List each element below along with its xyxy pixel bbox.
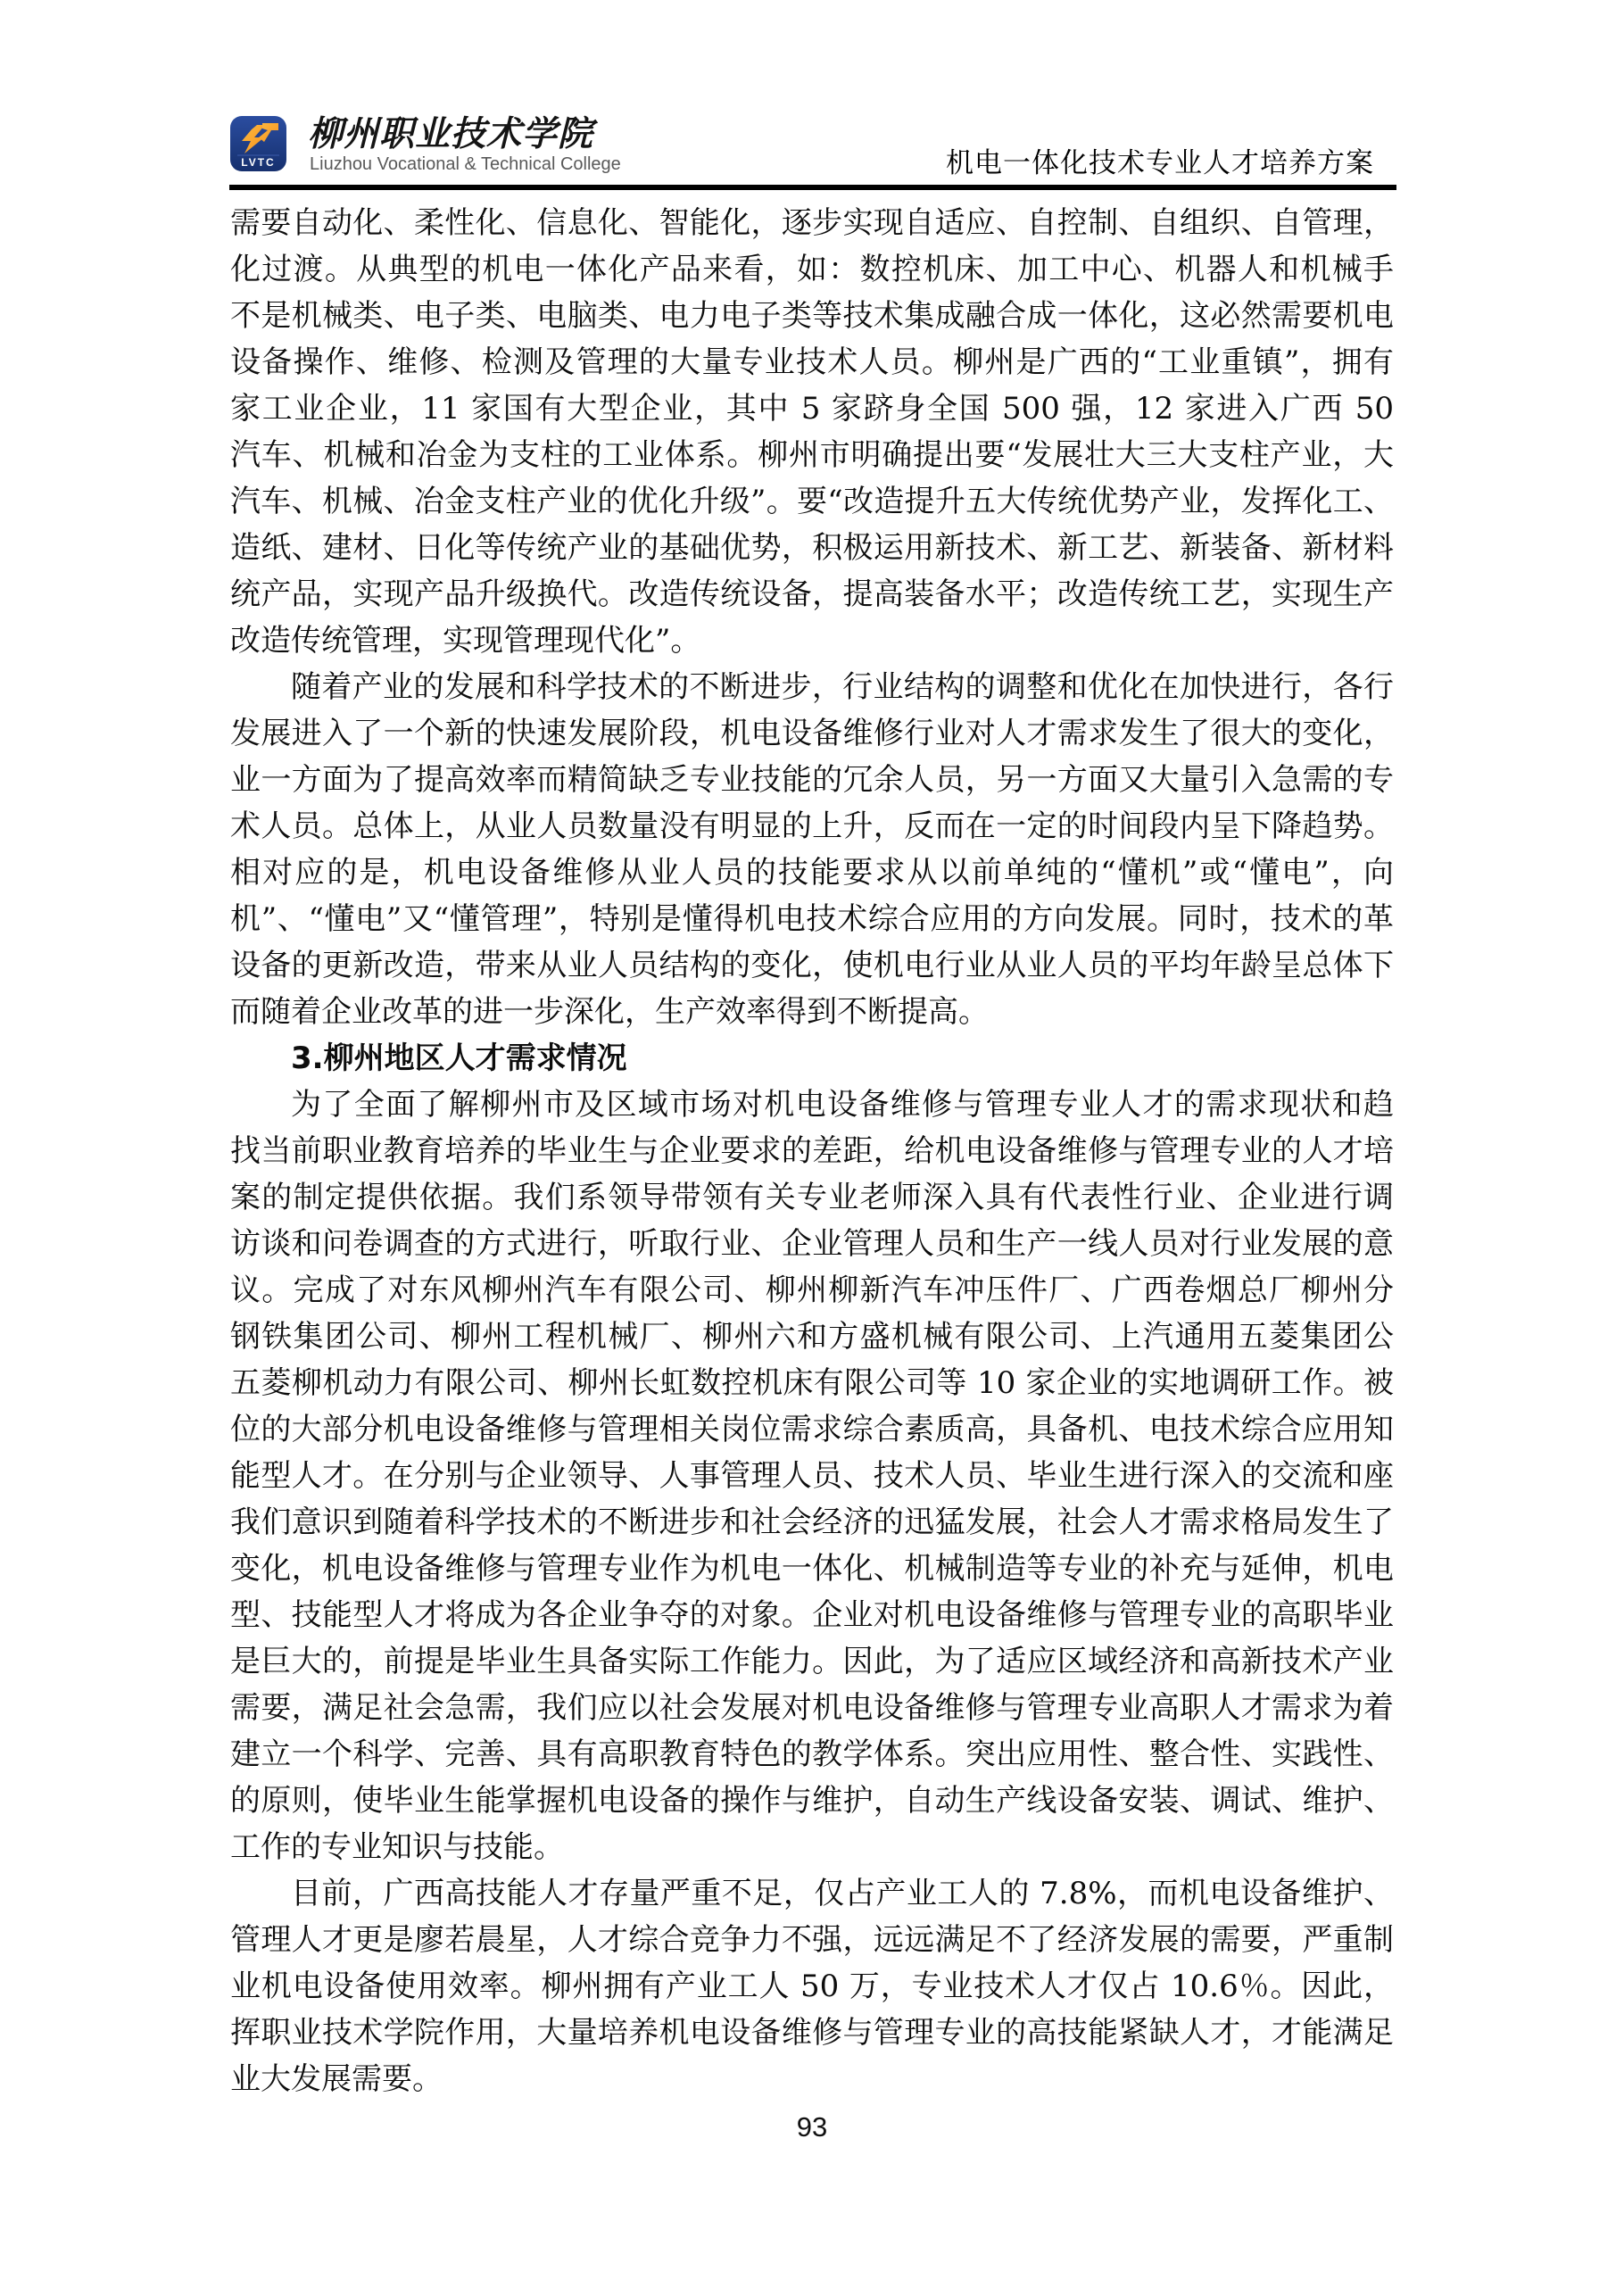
- text-line: 五菱柳机动力有限公司、柳州长虹数控机床有限公司等 10 家企业的实地调研工作。被…: [230, 1360, 1394, 1406]
- text-line: 化过渡。从典型的机电一体化产品来看，如：数控机床、加工中心、机器人和机械手等，无…: [230, 246, 1394, 293]
- text-line: 家工业企业，11 家国有大型企业，其中 5 家跻身全国 500 强，12 家进入…: [230, 385, 1394, 432]
- text-line: 型、技能型人才将成为各企业争夺的对象。企业对机电设备维修与管理专业的高职毕业生需…: [230, 1592, 1394, 1638]
- text-line: 设备操作、维修、检测及管理的大量专业技术人员。柳州是广西的“工业重镇”，拥有 3…: [230, 339, 1394, 385]
- text-line: 的原则，使毕业生能掌握机电设备的操作与维护，自动生产线设备安装、调试、维护、管理…: [230, 1778, 1394, 1824]
- text-line: 目前，广西高技能人才存量严重不足，仅占产业工人的 7.8%，而机电设备维护、维修…: [230, 1870, 1394, 1917]
- text-line: 而随着企业改革的进一步深化，生产效率得到不断提高。: [230, 989, 1394, 1035]
- text-line: 汽车、机械和冶金为支柱的工业体系。柳州市明确提出要“发展壮大三大支柱产业，大力促…: [230, 432, 1394, 478]
- page-header: LVTC 柳州职业技术学院 Liuzhou Vocational & Techn…: [0, 0, 1624, 198]
- text-line: 钢铁集团公司、柳州工程机械厂、柳州六和方盛机械有限公司、上汽通用五菱集团公司、柳…: [230, 1314, 1394, 1360]
- text-line: 改造传统管理，实现管理现代化”。: [230, 618, 1394, 664]
- text-line: 统产品，实现产品升级换代。改造传统设备，提高装备水平；改造传统工艺，实现生产自动…: [230, 571, 1394, 618]
- document-body: 需要自动化、柔性化、信息化、智能化，逐步实现自适应、自控制、自组织、自管理，向智…: [230, 200, 1394, 2102]
- text-line: 需要自动化、柔性化、信息化、智能化，逐步实现自适应、自控制、自组织、自管理，向智…: [230, 200, 1394, 246]
- text-line: 工作的专业知识与技能。: [230, 1824, 1394, 1870]
- text-line: 案的制定提供依据。我们系领导带领有关专业老师深入具有代表性行业、企业进行调研，采…: [230, 1174, 1394, 1221]
- text-line: 管理人才更是廖若晨星，人才综合竞争力不强，远远满足不了经济发展的需要，严重制约了…: [230, 1917, 1394, 1963]
- text-line: 术人员。总体上，从业人员数量没有明显的上升，反而在一定的时间段内呈下降趋势。而与…: [230, 803, 1394, 850]
- text-line: 随着产业的发展和科学技术的不断进步，行业结构的调整和优化在加快进行，各行业的: [230, 664, 1394, 710]
- text-line: 位的大部分机电设备维修与管理相关岗位需求综合素质高，具备机、电技术综合应用知识的…: [230, 1406, 1394, 1453]
- page-number: 93: [230, 2111, 1394, 2147]
- text-line: 访谈和问卷调查的方式进行，听取行业、企业管理人员和生产一线人员对行业发展的意见和…: [230, 1221, 1394, 1267]
- text-line: 设备的更新改造，带来从业人员结构的变化，使机电行业从业人员的平均年龄呈总体下降趋…: [230, 942, 1394, 989]
- text-line: 我们意识到随着科学技术的不断进步和社会经济的迅猛发展，社会人才需求格局发生了很大: [230, 1499, 1394, 1546]
- text-line: 业一方面为了提高效率而精简缺乏专业技能的冗余人员，另一方面又大量引入急需的专业技: [230, 757, 1394, 803]
- text-line: 能型人才。在分别与企业领导、人事管理人员、技术人员、毕业生进行深入的交流和座谈后…: [230, 1453, 1394, 1499]
- text-line: 需要，满足社会急需，我们应以社会发展对机电设备维修与管理专业高职人才需求为着眼点…: [230, 1685, 1394, 1731]
- text-line: 建立一个科学、完善、具有高职教育特色的教学体系。突出应用性、整合性、实践性、综合…: [230, 1731, 1394, 1778]
- text-line: 找当前职业教育培养的毕业生与企业要求的差距，给机电设备维修与管理专业的人才培养方: [230, 1128, 1394, 1174]
- header-divider-rule: [229, 185, 1396, 190]
- text-line: 3.柳州地区人才需求情况: [230, 1035, 1394, 1082]
- text-line: 挥职业技术学院作用，大量培养机电设备维修与管理专业的高技能紧缺人才，才能满足柳州…: [230, 2010, 1394, 2056]
- text-line: 汽车、机械、冶金支柱产业的优化升级”。要“改造提升五大传统优势产业，发挥化工、制…: [230, 478, 1394, 525]
- text-line: 议。完成了对东风柳州汽车有限公司、柳州柳新汽车冲压件厂、广西卷烟总厂柳州分厂、柳…: [230, 1267, 1394, 1314]
- text-line: 发展进入了一个新的快速发展阶段，机电设备维修行业对人才需求发生了很大的变化，许多…: [230, 710, 1394, 757]
- text-line: 是巨大的，前提是毕业生具备实际工作能力。因此，为了适应区域经济和高新技术产业发展…: [230, 1638, 1394, 1685]
- text-line: 为了全面了解柳州市及区域市场对机电设备维修与管理专业人才的需求现状和趋势，寻: [230, 1082, 1394, 1128]
- text-line: 机”、“懂电”又“懂管理”，特别是懂得机电技术综合应用的方向发展。同时，技术的革…: [230, 896, 1394, 942]
- document-title: 机电一体化技术专业人才培养方案: [230, 147, 1374, 183]
- document-page: LVTC 柳州职业技术学院 Liuzhou Vocational & Techn…: [0, 0, 1624, 2296]
- text-line: 业大发展需要。: [230, 2056, 1394, 2102]
- text-line: 变化，机电设备维修与管理专业作为机电一体化、机械制造等专业的补充与延伸，机电类应…: [230, 1546, 1394, 1592]
- text-line: 相对应的是，机电设备维修从业人员的技能要求从以前单纯的“懂机”或“懂电”，向既“…: [230, 850, 1394, 896]
- text-line: 业机电设备使用效率。柳州拥有产业工人 50 万，专业技术人才仅占 10.6％。因…: [230, 1963, 1394, 2010]
- text-line: 不是机械类、电子类、电脑类、电力电子类等技术集成融合成一体化，这必然需要机电一体…: [230, 293, 1394, 339]
- text-line: 造纸、建材、日化等传统产业的基础优势，积极运用新技术、新工艺、新装备、新材料改造…: [230, 525, 1394, 571]
